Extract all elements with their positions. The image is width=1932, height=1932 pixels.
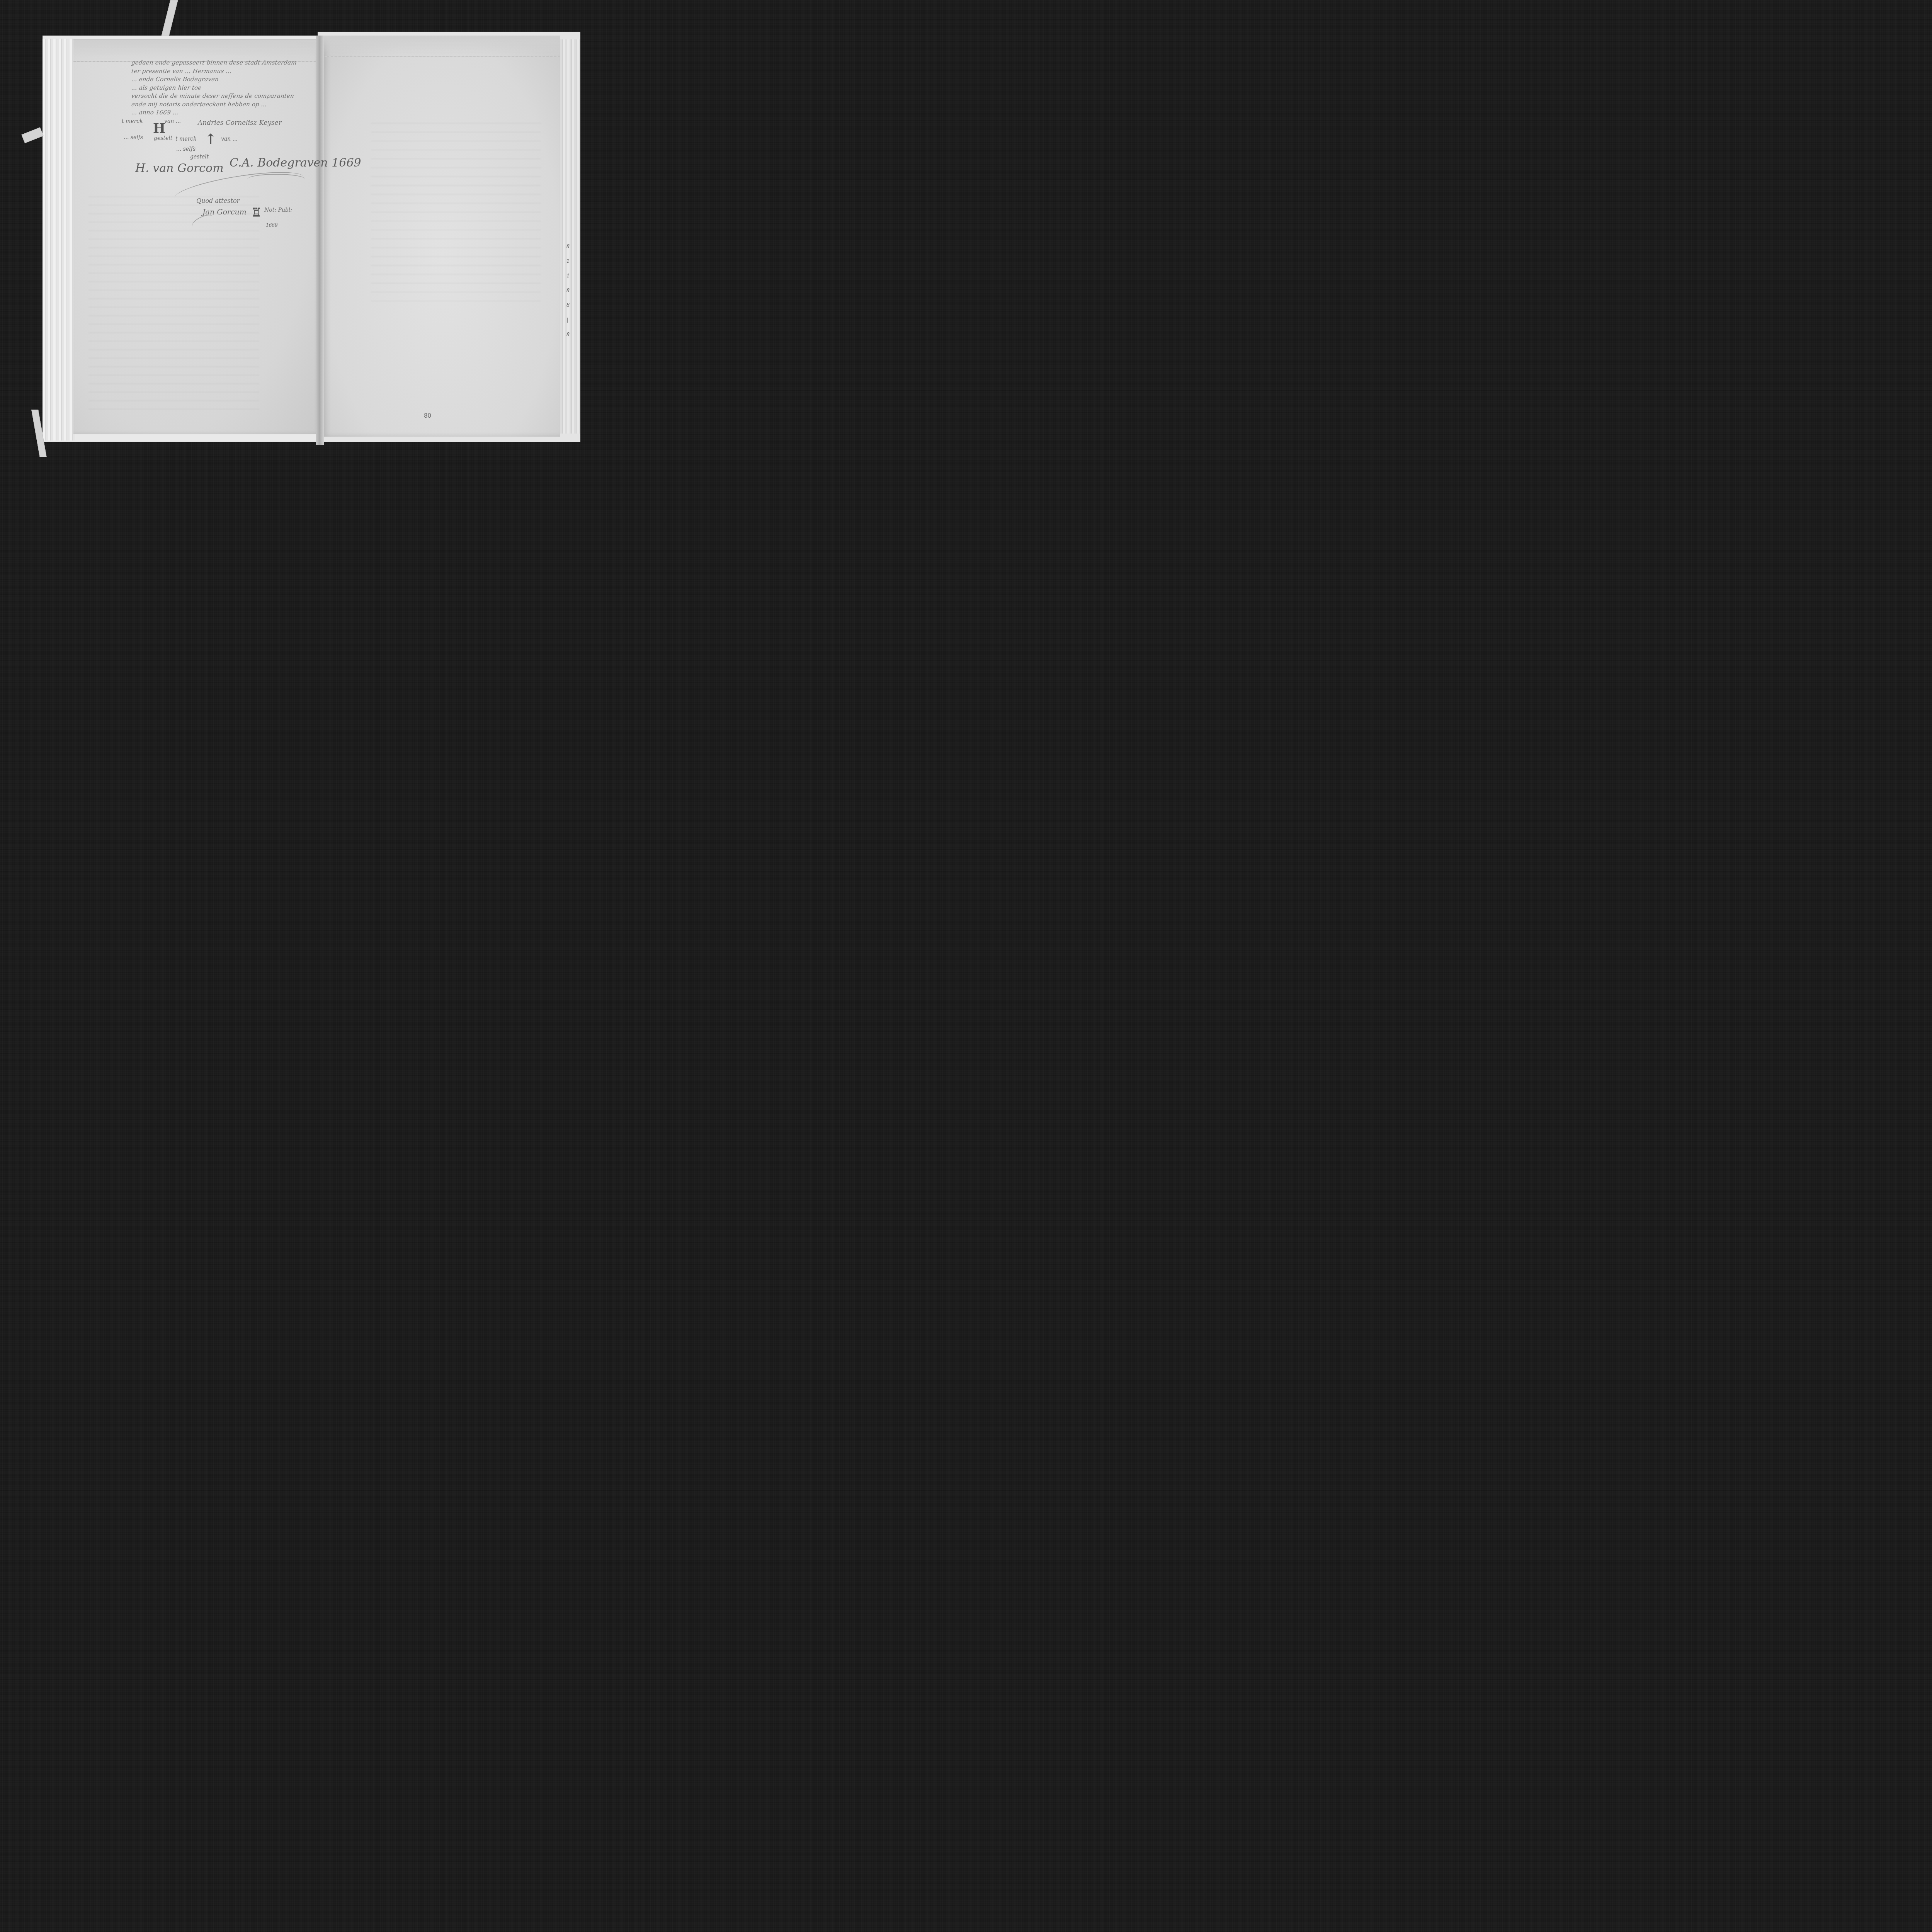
deed-closing-text: gedaen ende gepasseert binnen dese stadt…	[131, 59, 297, 117]
text-line: ... anno 1669 ...	[131, 109, 297, 117]
notarial-signet-icon: ♖	[251, 207, 262, 219]
left-page-edges	[43, 39, 75, 440]
margin-mark: 8	[566, 298, 574, 313]
notary-attestation: Quod attestor	[196, 197, 240, 204]
margin-mark: 8	[566, 284, 574, 298]
notary-title: Not: Publ:	[264, 207, 292, 213]
mark-1-label: t merck	[122, 118, 143, 124]
margin-mark: 1	[566, 269, 574, 284]
text-line: ter presentie van ... Hermanus ...	[131, 67, 297, 76]
bleed-through-right	[371, 116, 541, 301]
book-gutter	[316, 36, 324, 445]
margin-mark: |	[566, 313, 574, 328]
text-line: gedaen ende gepasseert binnen dese stadt…	[131, 59, 297, 67]
margin-mark: 8	[566, 240, 574, 254]
bleed-through-left	[89, 193, 259, 410]
text-line: ende mij notaris onderteeckent hebben op…	[131, 100, 297, 109]
mark-2-suffix-2: gestelt	[190, 154, 209, 160]
bookmark-ribbon-left	[21, 127, 43, 143]
signature-gorcom: H. van Gorcom	[135, 162, 224, 175]
margin-mark: 8	[566, 328, 574, 342]
margin-mark: 1	[566, 254, 574, 269]
mark-1-label-2: ... selfs	[124, 134, 143, 141]
signature-bodegraven: C.A. Bodegraven 1669	[230, 156, 361, 170]
right-page-edges	[560, 39, 580, 434]
mark-2-suffix: van ...	[221, 136, 238, 142]
mark-2-label: t merck	[175, 136, 197, 142]
bookmark-ribbon-top	[160, 0, 178, 39]
scan-scene: gedaen ende gepasseert binnen dese stadt…	[0, 0, 606, 457]
signature-andries: Andries Cornelisz Keyser	[198, 119, 282, 127]
arrow-merchant-mark-icon: ↑	[205, 132, 216, 146]
water-stain	[323, 36, 560, 57]
text-line: versocht die de minute deser neffens de …	[131, 92, 297, 100]
mark-1-suffix: van ...	[164, 118, 181, 124]
text-line: ... ende Cornelis Bodegraven	[131, 75, 297, 84]
notary-year: 1669	[266, 223, 278, 228]
mark-2-label-2: ... selfs	[176, 146, 196, 152]
h-merchant-mark-icon: H	[153, 122, 165, 135]
adjacent-page-margin-marks: 8 1 1 8 8 | 8	[566, 240, 574, 342]
folio-number: 80	[424, 412, 431, 419]
text-line: ... als getuigen hier toe	[131, 84, 297, 92]
